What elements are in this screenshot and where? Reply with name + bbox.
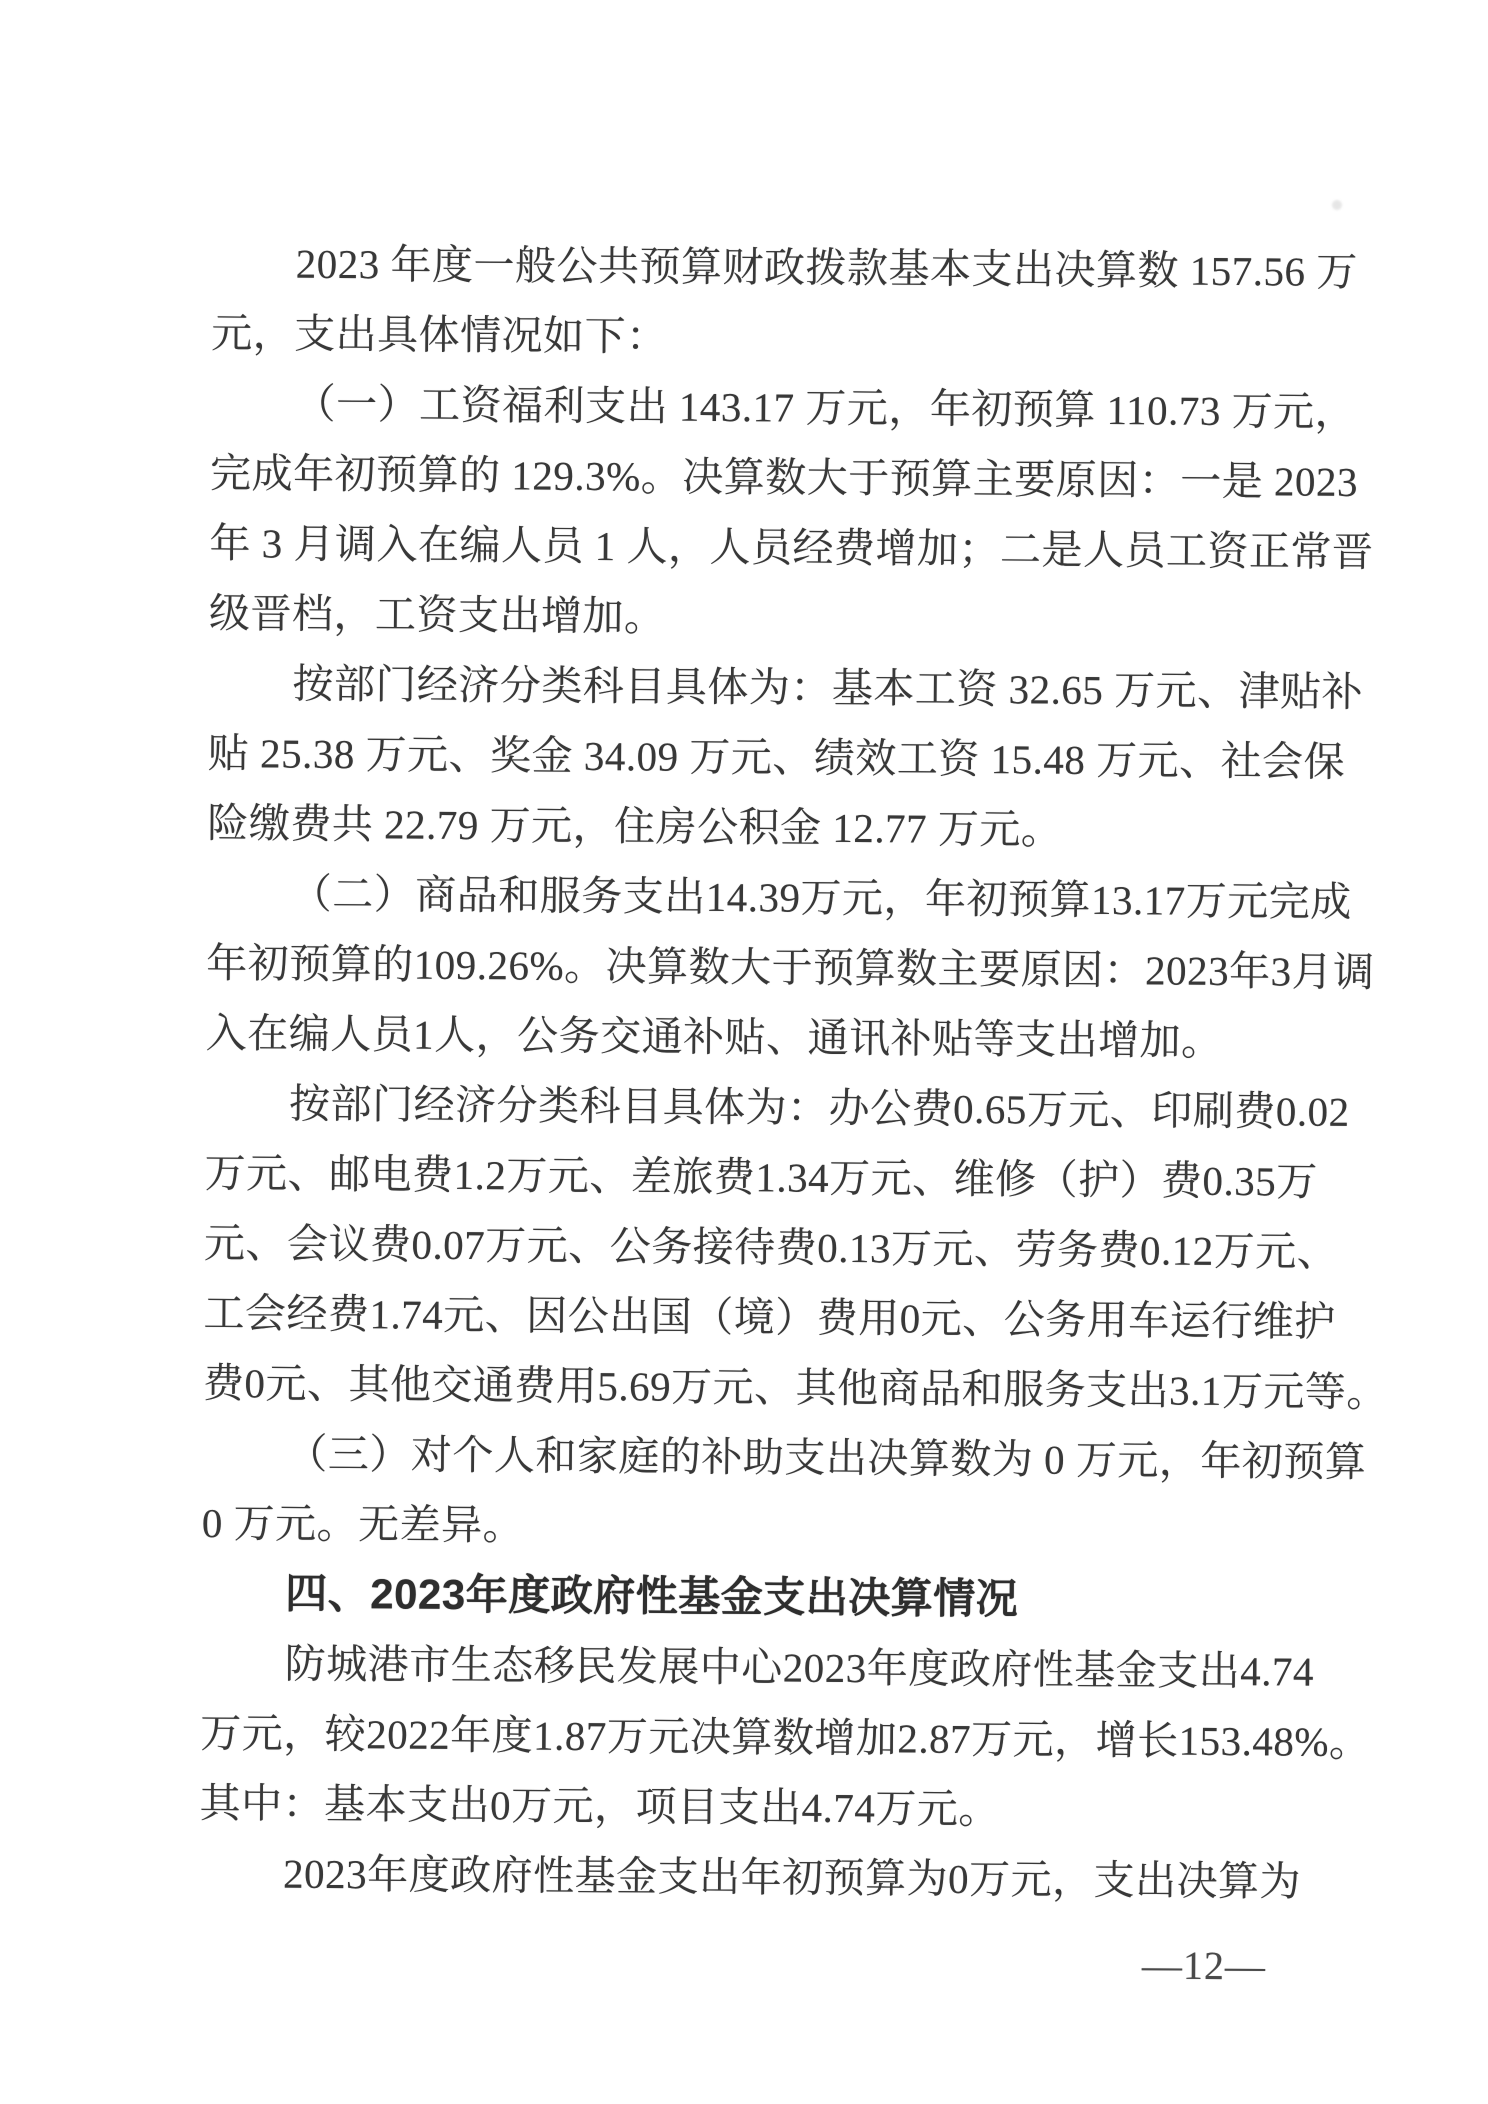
- text-line: 年 3 月调入在编人员 1 人，人员经费增加；二是人员工资正常晋: [209, 508, 1390, 587]
- text-line: 按部门经济分类科目具体为：办公费0.65万元、印刷费0.02: [205, 1068, 1386, 1147]
- text-line: 2023年度政府性基金支出年初预算为0万元，支出决算为: [199, 1838, 1380, 1917]
- text-line: 贴 25.38 万元、奖金 34.09 万元、绩效工资 15.48 万元、社会保: [208, 718, 1389, 797]
- text-line: 0 万元。无差异。: [202, 1488, 1383, 1567]
- text-line: （三）对个人和家庭的补助支出决算数为 0 万元，年初预算: [202, 1418, 1383, 1497]
- text-line: 2023 年度一般公共预算财政拨款基本支出决算数 157.56 万: [211, 228, 1392, 307]
- section-heading: 四、2023年度政府性基金支出决算情况: [201, 1558, 1382, 1637]
- text-line: 年初预算的109.26%。决算数大于预算数主要原因：2023年3月调: [206, 928, 1387, 1007]
- text-line: 防城港市生态移民发展中心2023年度政府性基金支出4.74: [200, 1628, 1381, 1707]
- text-line: 级晋档，工资支出增加。: [209, 578, 1390, 657]
- page-number: —12—: [1142, 1942, 1266, 1990]
- text-line: （二）商品和服务支出14.39万元，年初预算13.17万元完成: [207, 858, 1388, 937]
- text-line: 万元、邮电费1.2万元、差旅费1.34万元、维修（护）费0.35万: [204, 1138, 1385, 1217]
- text-line: 万元，较2022年度1.87万元决算数增加2.87万元，增长153.48%。: [200, 1698, 1381, 1777]
- scan-speck: [1332, 200, 1342, 210]
- text-line: 其中：基本支出0万元，项目支出4.74万元。: [199, 1768, 1380, 1847]
- text-line: 险缴费共 22.79 万元，住房公积金 12.77 万元。: [207, 788, 1388, 867]
- text-line: 费0元、其他交通费用5.69万元、其他商品和服务支出3.1万元等。: [203, 1348, 1384, 1427]
- text-line: 按部门经济分类科目具体为：基本工资 32.65 万元、津贴补: [208, 648, 1389, 727]
- text-line: 完成年初预算的 129.3%。决算数大于预算主要原因：一是 2023: [210, 438, 1391, 517]
- document-page: 2023 年度一般公共预算财政拨款基本支出决算数 157.56 万 元，支出具体…: [0, 0, 1488, 2104]
- text-line: 工会经费1.74元、因公出国（境）费用0元、公务用车运行维护: [203, 1278, 1384, 1357]
- text-block: 2023 年度一般公共预算财政拨款基本支出决算数 157.56 万 元，支出具体…: [199, 228, 1392, 1917]
- text-line: 入在编人员1人，公务交通补贴、通讯补贴等支出增加。: [205, 998, 1386, 1077]
- text-line: （一）工资福利支出 143.17 万元，年初预算 110.73 万元，: [210, 368, 1391, 447]
- text-line: 元，支出具体情况如下：: [211, 298, 1392, 377]
- text-line: 元、会议费0.07万元、公务接待费0.13万元、劳务费0.12万元、: [204, 1208, 1385, 1287]
